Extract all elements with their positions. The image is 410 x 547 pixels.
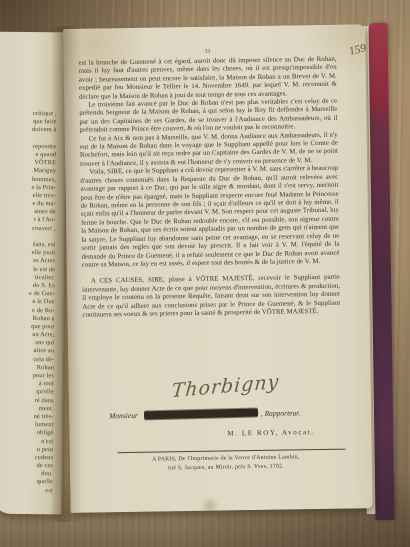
paragraph: Voila, SIRE, ce que le Suppliant a crû d…: [80, 165, 340, 270]
rapporteur-suffix: , Rapporteur.: [261, 408, 301, 418]
document-text-block: 33 est la branche de Guemené à cet égard…: [78, 47, 341, 387]
book-photo: critique , que faire doivent à répondre …: [0, 0, 410, 547]
paragraph: est la branche de Guemené à cet égard, a…: [78, 56, 337, 102]
struck-out-name: [144, 408, 258, 419]
paragraph: Le troisiéme fait avancé par le Duc de R…: [79, 98, 337, 136]
left-page: critique , que faire doivent à répondre …: [0, 32, 67, 515]
rapporteur-line: Monsieur, Rapporteur.: [109, 408, 349, 421]
paragraph-a-ces-causes: A CES CAUSES, SIRE, plaise à VÔTRE MAJES…: [82, 274, 341, 320]
imprint: A PARIS, De l'Imprimerie de la Veuve d'A…: [98, 452, 354, 474]
paragraph: Ce fut à Aix & non pas à Marseille, que …: [80, 131, 338, 169]
rapporteur-prefix: Monsieur: [109, 411, 138, 420]
left-page-text-fragments: critique , que faire doivent à répondre …: [0, 110, 57, 495]
avocat-line: M. LE ROY, Avocat.: [227, 428, 314, 437]
right-page: 33 est la branche de Guemené à cet égard…: [63, 24, 373, 513]
